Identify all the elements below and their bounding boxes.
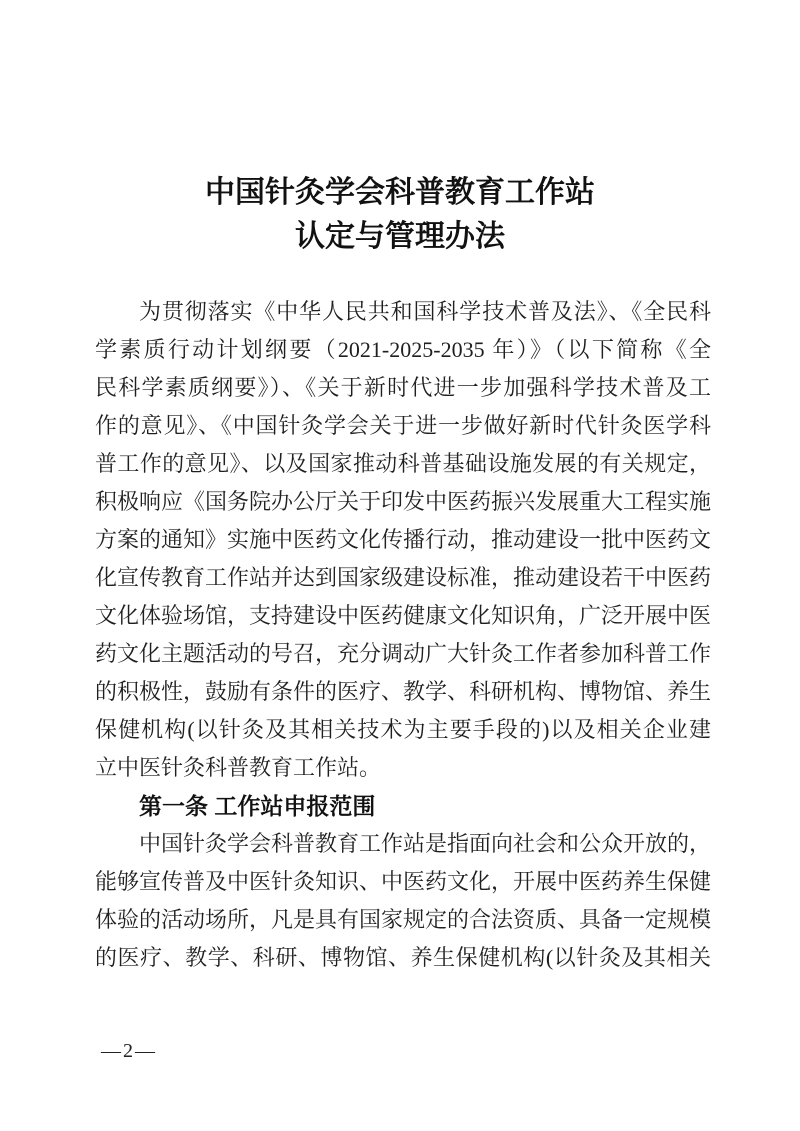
text-line: 能够宣传普及中医针灸知识、中医药文化，开展中医药养生保健 bbox=[95, 863, 711, 901]
text-line: 的积极性，鼓励有条件的医疗、教学、科研机构、博物馆、养生 bbox=[95, 673, 711, 711]
document-title: 中国针灸学会科普教育工作站 认定与管理办法 bbox=[0, 171, 800, 259]
section-heading-article-1: 第一条 工作站申报范围 bbox=[95, 787, 711, 825]
text-line: 普工作的意见》、以及国家推动科普基础设施发展的有关规定， bbox=[95, 445, 711, 483]
text-line: 方案的通知》实施中医药文化传播行动，推动建设一批中医药文 bbox=[95, 521, 711, 559]
title-line-1: 中国针灸学会科普教育工作站 bbox=[0, 171, 800, 215]
document-body: 为贯彻落实《中华人民共和国科学技术普及法》、《全民科 学素质行动计划纲要（202… bbox=[95, 293, 711, 977]
text-line: 积极响应《国务院办公厅关于印发中医药振兴发展重大工程实施 bbox=[95, 483, 711, 521]
text-line: 立中医针灸科普教育工作站。 bbox=[95, 749, 711, 787]
title-line-2: 认定与管理办法 bbox=[0, 215, 800, 259]
text-line: 作的意见》、《中国针灸学会关于进一步做好新时代针灸医学科 bbox=[95, 407, 711, 445]
text-line: 中国针灸学会科普教育工作站是指面向社会和公众开放的， bbox=[95, 825, 711, 863]
text-line: 保健机构(以针灸及其相关技术为主要手段的)以及相关企业建 bbox=[95, 711, 711, 749]
document-page: 中国针灸学会科普教育工作站 认定与管理办法 为贯彻落实《中华人民共和国科学技术普… bbox=[0, 0, 800, 1131]
text-line: 的医疗、教学、科研、博物馆、养生保健机构(以针灸及其相关 bbox=[95, 939, 711, 977]
paragraph-article-1: 中国针灸学会科普教育工作站是指面向社会和公众开放的， 能够宣传普及中医针灸知识、… bbox=[95, 825, 711, 977]
page-number: —2— bbox=[101, 1040, 157, 1062]
text-line: 学素质行动计划纲要（2021-2025-2035 年）》（以下简称《全 bbox=[95, 331, 711, 369]
paragraph-preamble: 为贯彻落实《中华人民共和国科学技术普及法》、《全民科 学素质行动计划纲要（202… bbox=[95, 293, 711, 787]
text-line: 民科学素质纲要》）、《关于新时代进一步加强科学技术普及工 bbox=[95, 369, 711, 407]
text-line: 药文化主题活动的号召，充分调动广大针灸工作者参加科普工作 bbox=[95, 635, 711, 673]
text-line: 文化体验场馆，支持建设中医药健康文化知识角，广泛开展中医 bbox=[95, 597, 711, 635]
text-line: 体验的活动场所，凡是具有国家规定的合法资质、具备一定规模 bbox=[95, 901, 711, 939]
text-line: 化宣传教育工作站并达到国家级建设标准，推动建设若干中医药 bbox=[95, 559, 711, 597]
text-line: 为贯彻落实《中华人民共和国科学技术普及法》、《全民科 bbox=[95, 293, 711, 331]
